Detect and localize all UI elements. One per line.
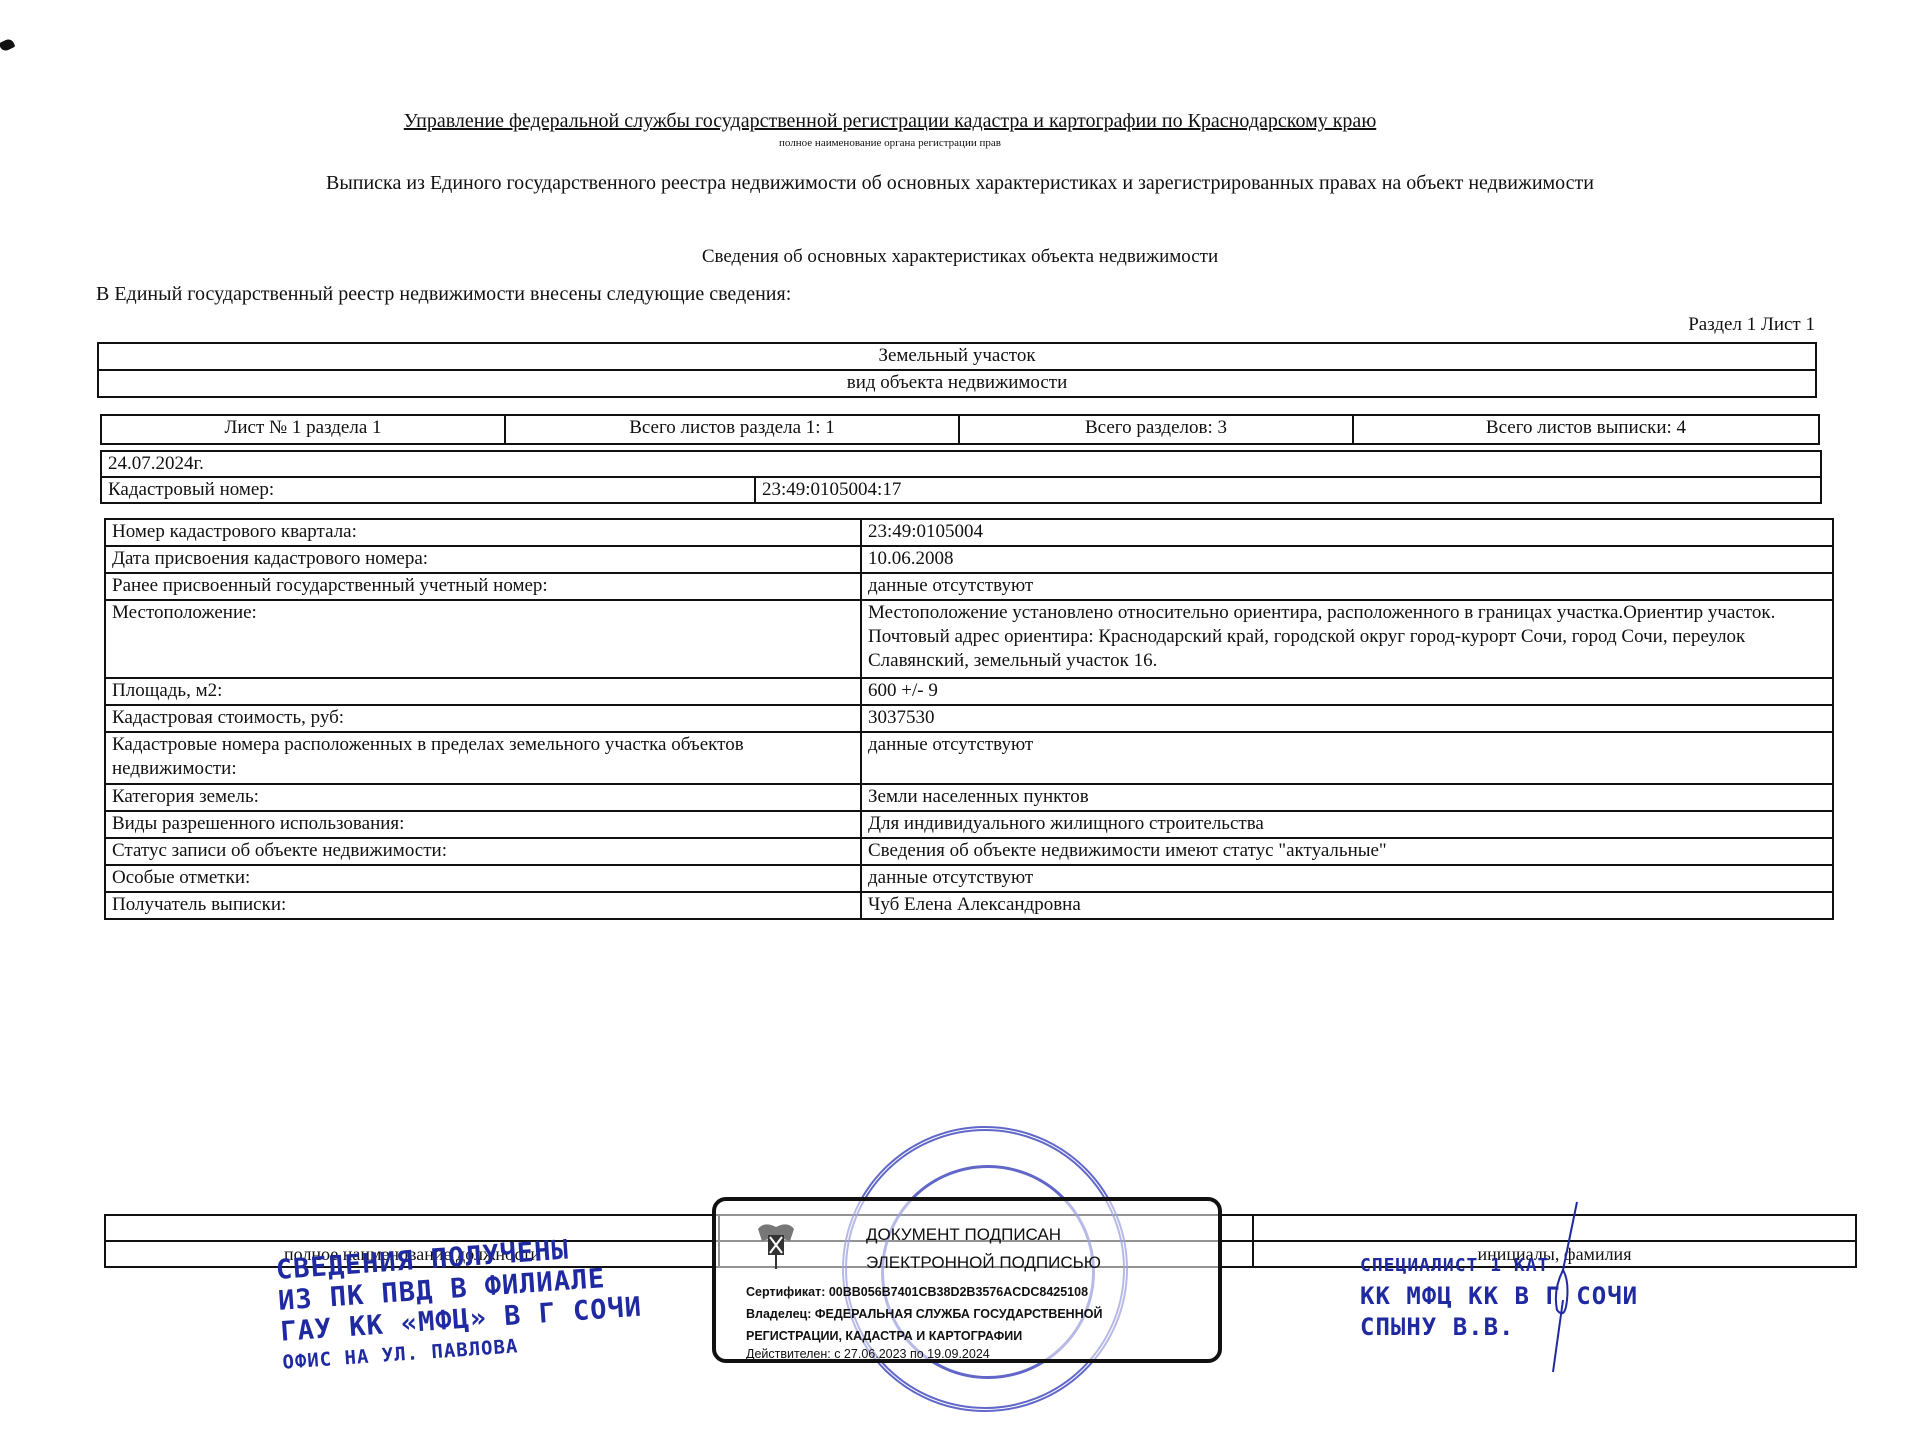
received-stamp: СВЕДЕНИЯ ПОЛУЧЕНЫ ИЗ ПК ПВД В ФИЛИАЛЕ ГА… xyxy=(275,1230,645,1379)
esign-title-2: ЭЛЕКТРОННОЙ ПОДПИСЬЮ xyxy=(866,1253,1101,1273)
table-row: Статус записи об объекте недвижимости:Св… xyxy=(105,838,1833,865)
row-value: Сведения об объекте недвижимости имеют с… xyxy=(861,838,1833,865)
row-label: Статус записи об объекте недвижимости: xyxy=(105,838,861,865)
cadastral-number-value: 23:49:0105004:17 xyxy=(755,477,1821,503)
table-row: Дата присвоения кадастрового номера:10.0… xyxy=(105,546,1833,573)
total-sheets: Всего листов выписки: 4 xyxy=(1353,415,1819,444)
object-kind: Земельный участок xyxy=(98,343,1816,370)
table-row: Виды разрешенного использования:Для инди… xyxy=(105,811,1833,838)
table-row: Особые отметки:данные отсутствуют xyxy=(105,865,1833,892)
row-label: Дата присвоения кадастрового номера: xyxy=(105,546,861,573)
table-row: Площадь, м2:600 +/- 9 xyxy=(105,678,1833,705)
object-kind-table: Земельный участок вид объекта недвижимос… xyxy=(97,342,1817,398)
row-label: Площадь, м2: xyxy=(105,678,861,705)
sheets-table: Лист № 1 раздела 1 Всего листов раздела … xyxy=(100,414,1820,445)
stamp-line: КК МФЦ КК В Г СОЧИ xyxy=(1360,1281,1638,1312)
record-header-table: 24.07.2024г. Кадастровый номер: 23:49:01… xyxy=(100,450,1822,504)
row-value: Чуб Елена Александровна xyxy=(861,892,1833,919)
row-label: Номер кадастрового квартала: xyxy=(105,519,861,546)
scan-mark xyxy=(0,38,15,53)
characteristics-table: Номер кадастрового квартала:23:49:010500… xyxy=(104,518,1834,920)
row-label: Категория земель: xyxy=(105,784,861,811)
row-label: Местоположение: xyxy=(105,600,861,678)
esign-owner-2: РЕГИСТРАЦИИ, КАДАСТРА И КАРТОГРАФИИ xyxy=(746,1329,1022,1343)
row-label: Ранее присвоенный государственный учетны… xyxy=(105,573,861,600)
stamp-line: СПЕЦИАЛИСТ 1 КАТ xyxy=(1360,1250,1638,1281)
row-value: 600 +/- 9 xyxy=(861,678,1833,705)
esign-owner-1: Владелец: ФЕДЕРАЛЬНАЯ СЛУЖБА ГОСУДАРСТВЕ… xyxy=(746,1307,1102,1321)
eagle-emblem-icon xyxy=(754,1219,798,1269)
row-label: Кадастровая стоимость, руб: xyxy=(105,705,861,732)
table-row: Номер кадастрового квартала:23:49:010500… xyxy=(105,519,1833,546)
stamp-line: СПЫНУ В.В. xyxy=(1360,1312,1638,1343)
table-row: Получатель выписки:Чуб Елена Александров… xyxy=(105,892,1833,919)
esign-certificate: Сертификат: 00BB056B7401CB38D2B3576ACDC8… xyxy=(746,1285,1088,1299)
total-sections: Всего разделов: 3 xyxy=(959,415,1353,444)
intro-text: В Единый государственный реестр недвижим… xyxy=(96,283,791,306)
organization-name: Управление федеральной службы государств… xyxy=(330,110,1450,133)
row-label: Виды разрешенного использования: xyxy=(105,811,861,838)
table-row: Категория земель:Земли населенных пункто… xyxy=(105,784,1833,811)
row-label: Особые отметки: xyxy=(105,865,861,892)
organization-caption: полное наименование органа регистрации п… xyxy=(330,137,1450,149)
row-value: данные отсутствуют xyxy=(861,865,1833,892)
specialist-stamp: СПЕЦИАЛИСТ 1 КАТ КК МФЦ КК В Г СОЧИ СПЫН… xyxy=(1360,1250,1638,1343)
object-kind-caption: вид объекта недвижимости xyxy=(98,370,1816,397)
table-row: Кадастровая стоимость, руб:3037530 xyxy=(105,705,1833,732)
row-label: Получатель выписки: xyxy=(105,892,861,919)
row-value: Земли населенных пунктов xyxy=(861,784,1833,811)
row-label: Кадастровые номера расположенных в преде… xyxy=(105,732,861,784)
document-title: Выписка из Единого государственного реес… xyxy=(0,172,1920,195)
cadastral-number-label: Кадастровый номер: xyxy=(101,477,755,503)
table-row: Местоположение:Местоположение установлен… xyxy=(105,600,1833,678)
section-sheets-count: Всего листов раздела 1: 1 xyxy=(505,415,959,444)
section-title: Сведения об основных характеристиках объ… xyxy=(0,246,1920,268)
record-date: 24.07.2024г. xyxy=(101,451,1821,477)
table-row: Ранее присвоенный государственный учетны… xyxy=(105,573,1833,600)
row-value: Для индивидуального жилищного строительс… xyxy=(861,811,1833,838)
row-value: 23:49:0105004 xyxy=(861,519,1833,546)
row-value: данные отсутствуют xyxy=(861,573,1833,600)
row-value: данные отсутствуют xyxy=(861,732,1833,784)
sheet-label: Раздел 1 Лист 1 xyxy=(1688,314,1815,336)
esign-title-1: ДОКУМЕНТ ПОДПИСАН xyxy=(866,1225,1061,1245)
handwritten-signature-icon xyxy=(1545,1200,1585,1375)
row-value: Местоположение установлено относительно … xyxy=(861,600,1833,678)
row-value: 3037530 xyxy=(861,705,1833,732)
row-value: 10.06.2008 xyxy=(861,546,1833,573)
esign-validity: Действителен: с 27.06.2023 по 19.09.2024 xyxy=(746,1347,990,1361)
electronic-signature-block: ДОКУМЕНТ ПОДПИСАН ЭЛЕКТРОННОЙ ПОДПИСЬЮ С… xyxy=(712,1197,1222,1363)
sheet-number: Лист № 1 раздела 1 xyxy=(101,415,505,444)
table-row: Кадастровые номера расположенных в преде… xyxy=(105,732,1833,784)
